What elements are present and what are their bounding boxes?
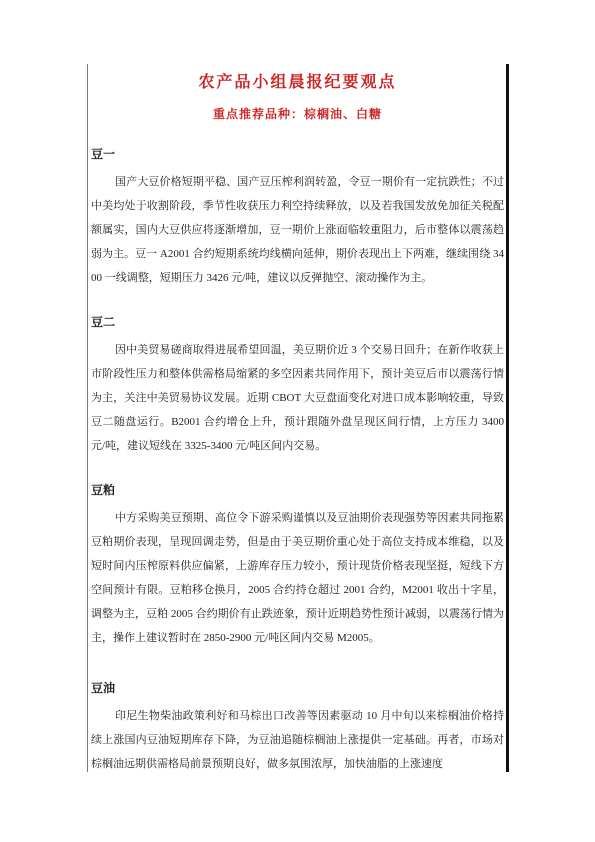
section-doupo: 豆粕 中方采购美豆预期、高位令下游采购谨慎以及豆油期价表现强势等因素共同拖累豆粕… (91, 482, 504, 650)
section-douer: 豆二 因中美贸易磋商取得进展希望回温，美豆期价近 3 个交易日回升；在新作收获上… (91, 314, 504, 458)
section-body: 中方采购美豆预期、高位令下游采购谨慎以及豆油期价表现强势等因素共同拖累豆粕期价表… (91, 506, 504, 650)
section-douyi: 豆一 国产大豆价格短期平稳、国产豆压榨利润转盈，令豆一期价有一定抗跌性；不过中美… (91, 146, 504, 290)
section-douyou: 豆油 印尼生物柴油政策利好和马棕出口改善等因素驱动 10 月中旬以来棕榈油价格持… (91, 680, 504, 776)
report-title: 农产品小组晨报纪要观点 (91, 72, 504, 93)
section-body: 因中美贸易磋商取得进展希望回温，美豆期价近 3 个交易日回升；在新作收获上市阶段… (91, 338, 504, 458)
report-page: 农产品小组晨报纪要观点 重点推荐品种：棕榈油、白糖 豆一 国产大豆价格短期平稳、… (0, 0, 595, 842)
content-column: 农产品小组晨报纪要观点 重点推荐品种：棕榈油、白糖 豆一 国产大豆价格短期平稳、… (87, 64, 509, 772)
section-body: 印尼生物柴油政策利好和马棕出口改善等因素驱动 10 月中旬以来棕榈油价格持续上涨… (91, 704, 504, 776)
section-body: 国产大豆价格短期平稳、国产豆压榨利润转盈，令豆一期价有一定抗跌性；不过中美均处于… (91, 170, 504, 290)
report-subtitle: 重点推荐品种：棕榈油、白糖 (91, 106, 504, 122)
section-heading: 豆油 (91, 680, 504, 696)
section-heading: 豆一 (91, 146, 504, 162)
section-heading: 豆二 (91, 314, 504, 330)
section-heading: 豆粕 (91, 482, 504, 498)
